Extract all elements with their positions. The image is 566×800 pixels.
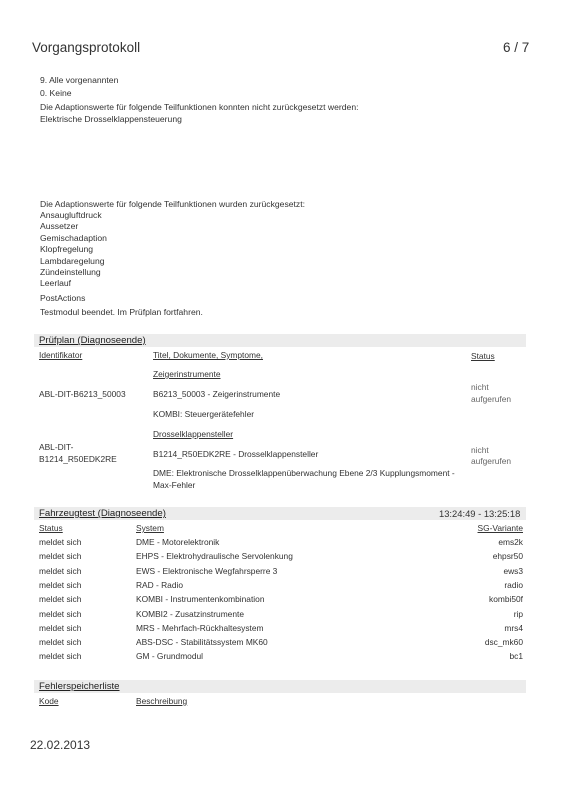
row-variant: bc1 [509, 651, 523, 663]
group-title: Zeigerinstrumente [153, 369, 221, 381]
time-range: 13:24:49 - 13:25:18 [439, 508, 520, 520]
row-variant: kombi50f [489, 594, 523, 606]
symptom: DME: Elektronische Drosselklappenüberwac… [153, 468, 458, 491]
post-actions: PostActions [40, 293, 85, 303]
row-system: RAD - Radio [136, 580, 183, 592]
row-variant: dsc_mk60 [485, 637, 523, 649]
intro-line: 0. Keine [40, 88, 72, 98]
row-status: meldet sich [39, 651, 81, 663]
row-status: meldet sich [39, 580, 81, 592]
fahrzeugtest-title: Fahrzeugtest (Diagnoseende) [39, 508, 166, 519]
row-variant: rip [514, 609, 523, 621]
reset-heading: Die Adaptionswerte für folgende Teilfunk… [40, 199, 305, 209]
row-status: meldet sich [39, 537, 81, 549]
row-system: GM - Grundmodul [136, 651, 203, 663]
row-variant: ews3 [503, 566, 523, 578]
reset-item: Lambdaregelung [40, 256, 105, 266]
row-system: DME - Motorelektronik [136, 537, 219, 549]
document-link[interactable]: B1214_R50EDK2RE - Drosselklappensteller [153, 449, 318, 461]
row-system: MRS - Mehrfach-Rückhaltesystem [136, 623, 264, 635]
end-note: Testmodul beendet. Im Prüfplan fortfahre… [40, 307, 203, 317]
row-status: meldet sich [39, 609, 81, 621]
col-title: Titel, Dokumente, Symptome, [153, 350, 263, 360]
row-variant: ems2k [498, 537, 523, 549]
status: nicht [471, 382, 489, 394]
row-system: EWS - Elektronische Wegfahrsperre 3 [136, 566, 277, 578]
col-status: Status [39, 523, 63, 533]
page-number: 6 / 7 [503, 40, 529, 55]
reset-item: Aussetzer [40, 221, 78, 231]
document-title: Vorgangsprotokoll [32, 40, 140, 55]
col-variant: SG-Variante [478, 523, 523, 533]
reset-item: Leerlauf [40, 278, 71, 288]
fehlerspeicher-title: Fehlerspeicherliste [39, 681, 120, 692]
intro-line: 9. Alle vorgenannten [40, 75, 118, 85]
status: aufgerufen [471, 394, 511, 406]
status: nicht [471, 445, 489, 457]
col-description: Beschreibung [136, 696, 187, 706]
identifier: ABL-DIT- [39, 442, 73, 454]
row-status: meldet sich [39, 551, 81, 563]
reset-item: Zündeinstellung [40, 267, 101, 277]
reset-item: Klopfregelung [40, 244, 93, 254]
document-link[interactable]: B6213_50003 - Zeigerinstrumente [153, 389, 280, 401]
row-variant: radio [504, 580, 523, 592]
status: aufgerufen [471, 456, 511, 468]
row-system: KOMBI - Instrumentenkombination [136, 594, 264, 606]
col-status: Status [471, 351, 495, 361]
row-status: meldet sich [39, 637, 81, 649]
group-title: Drosselklappensteller [153, 429, 233, 441]
footer-date: 22.02.2013 [30, 738, 90, 752]
identifier: B1214_R50EDK2RE [39, 454, 117, 466]
reset-item: Gemischadaption [40, 233, 107, 243]
intro-line: Elektrische Drosselklappensteuerung [40, 114, 182, 124]
row-variant: mrs4 [504, 623, 523, 635]
reset-item: Ansaugluftdruck [40, 210, 102, 220]
identifier: ABL-DIT-B6213_50003 [39, 389, 126, 401]
col-identifier: Identifikator [39, 350, 82, 360]
row-system: KOMBI2 - Zusatzinstrumente [136, 609, 244, 621]
row-status: meldet sich [39, 566, 81, 578]
intro-line: Die Adaptionswerte für folgende Teilfunk… [40, 102, 358, 112]
row-system: ABS-DSC - Stabilitätssystem MK60 [136, 637, 268, 649]
col-code: Kode [39, 696, 59, 706]
col-system: System [136, 523, 164, 533]
row-system: EHPS - Elektrohydraulische Servolenkung [136, 551, 293, 563]
symptom: KOMBI: Steuergerätefehler [153, 409, 254, 421]
pruefplan-title: Prüfplan (Diagnoseende) [39, 335, 146, 346]
row-status: meldet sich [39, 623, 81, 635]
row-status: meldet sich [39, 594, 81, 606]
row-variant: ehpsr50 [493, 551, 523, 563]
